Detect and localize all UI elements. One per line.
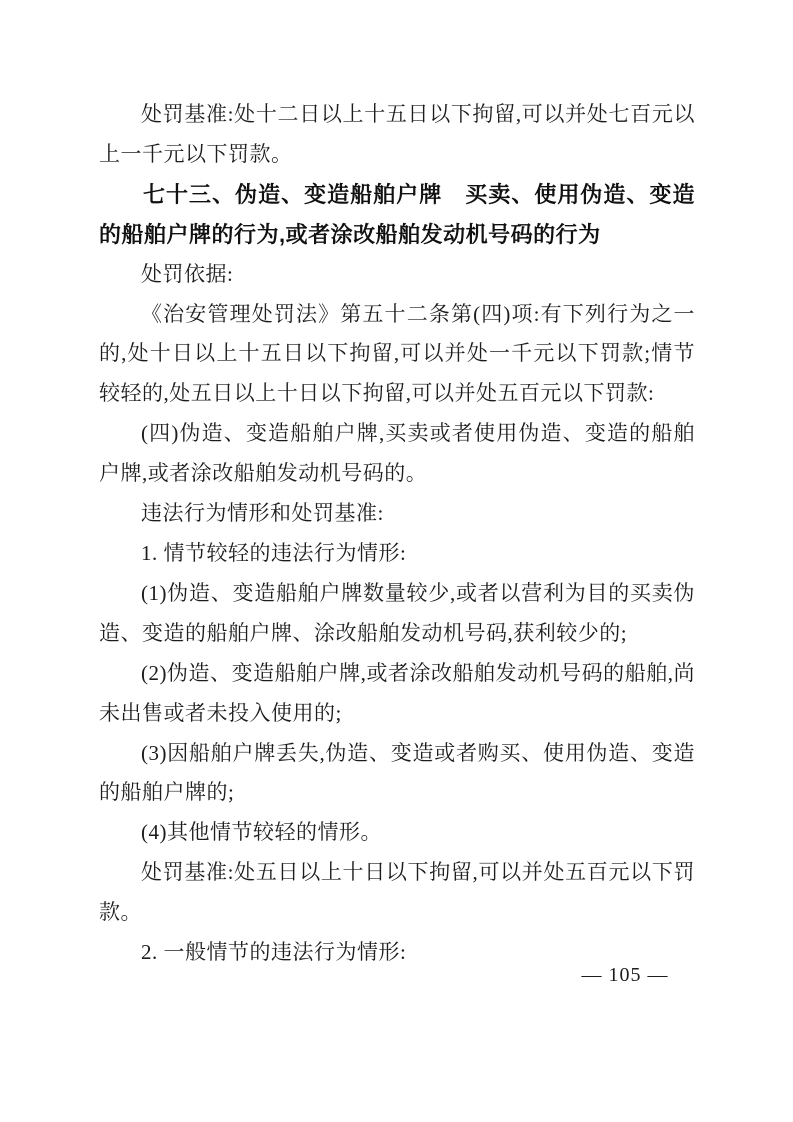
- page-number: — 105 —: [560, 964, 690, 987]
- paragraph: 处罚基准:处五日以上十日以下拘留,可以并处五百元以下罚款。: [99, 853, 695, 933]
- section-heading: 七十三、伪造、变造船舶户牌 买卖、使用伪造、变造的船舶户牌的行为,或者涂改船舶发…: [99, 175, 695, 255]
- paragraph: 《治安管理处罚法》第五十二条第(四)项:有下列行为之一的,处十日以上十五日以下拘…: [99, 295, 695, 415]
- paragraph: 处罚基准:处十二日以上十五日以下拘留,可以并处七百元以上一千元以下罚款。: [99, 95, 695, 175]
- paragraph: 违法行为情形和处罚基准:: [99, 494, 695, 534]
- paragraph: 处罚依据:: [99, 255, 695, 295]
- paragraph: (2)伪造、变造船舶户牌,或者涂改船舶发动机号码的船舶,尚未出售或者未投入使用的…: [99, 654, 695, 734]
- paragraph: (四)伪造、变造船舶户牌,买卖或者使用伪造、变造的船舶户牌,或者涂改船舶发动机号…: [99, 414, 695, 494]
- document-body: 处罚基准:处十二日以上十五日以下拘留,可以并处七百元以上一千元以下罚款。七十三、…: [99, 95, 695, 973]
- paragraph: 1. 情节较轻的违法行为情形:: [99, 534, 695, 574]
- paragraph: (1)伪造、变造船舶户牌数量较少,或者以营利为目的买卖伪造、变造的船舶户牌、涂改…: [99, 574, 695, 654]
- document-page: 处罚基准:处十二日以上十五日以下拘留,可以并处七百元以上一千元以下罚款。七十三、…: [0, 0, 793, 1122]
- paragraph: (4)其他情节较轻的情形。: [99, 813, 695, 853]
- paragraph: (3)因船舶户牌丢失,伪造、变造或者购买、使用伪造、变造的船舶户牌的;: [99, 734, 695, 814]
